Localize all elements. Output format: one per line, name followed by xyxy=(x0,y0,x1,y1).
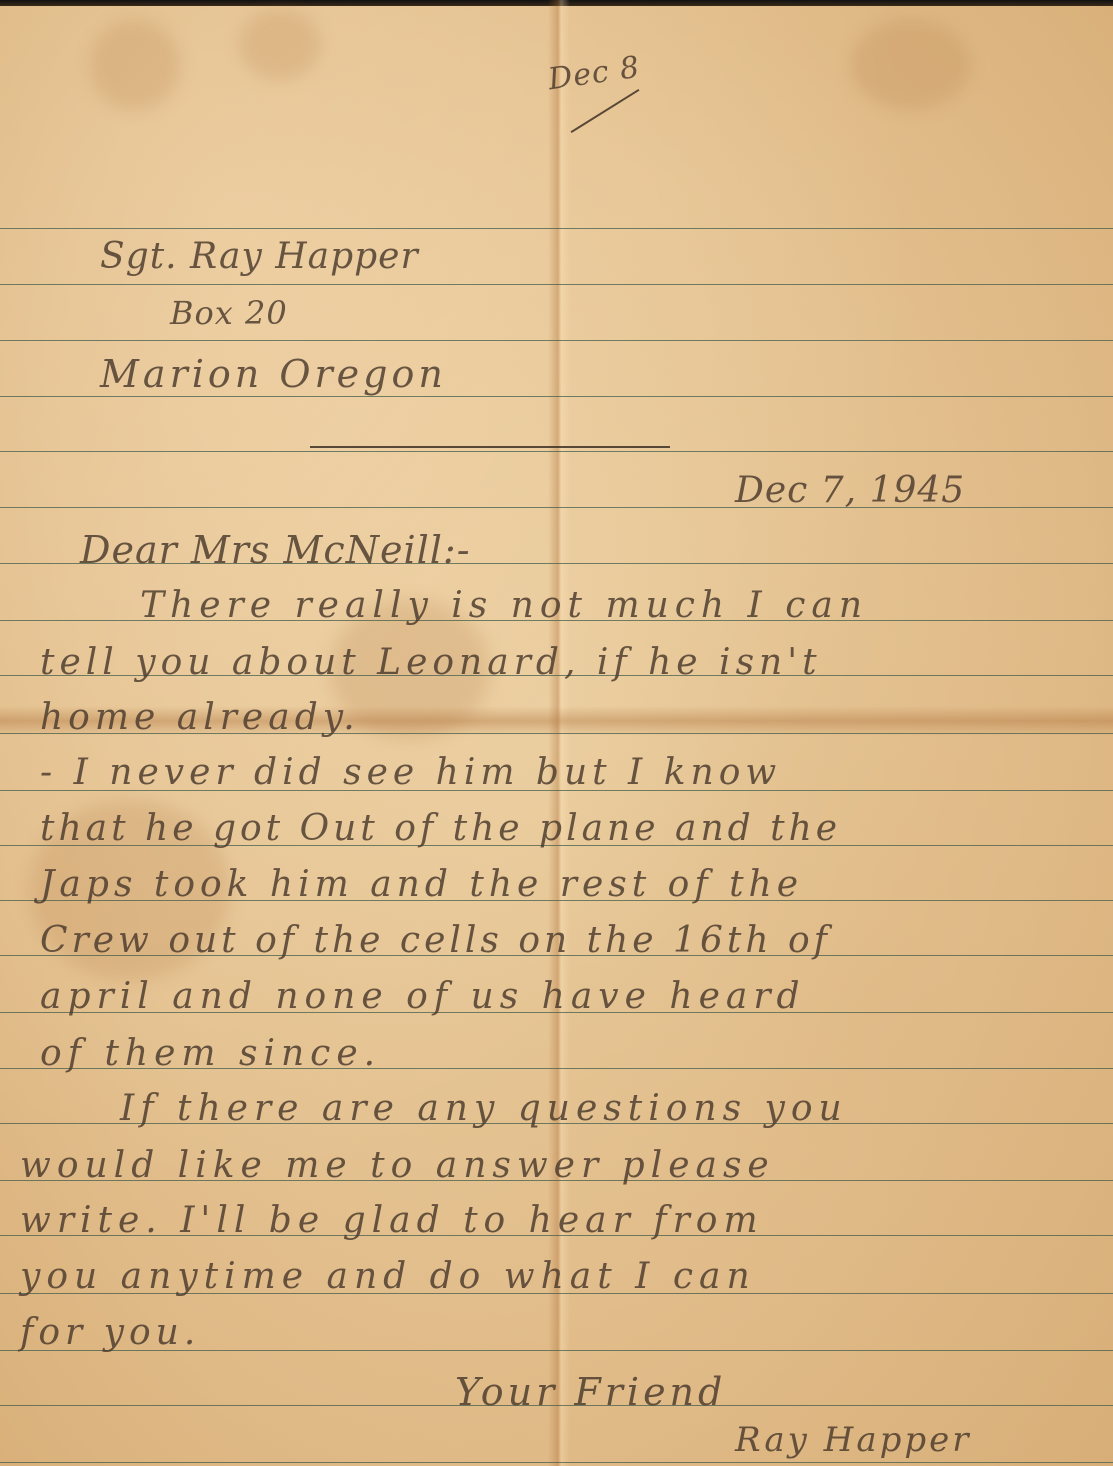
stain xyxy=(850,20,970,110)
return-address-city: Marion Oregon xyxy=(100,352,447,396)
body-line: april and none of us have heard xyxy=(40,976,806,1017)
ruled-line xyxy=(0,340,1113,341)
body-line: write. I'll be glad to hear from xyxy=(20,1200,764,1241)
letter-date: Dec 7, 1945 xyxy=(735,470,965,511)
ruled-line xyxy=(0,228,1113,229)
body-line: for you. xyxy=(20,1312,200,1353)
letter-page: Dec 8 Sgt. Ray Happer Box 20 Marion Oreg… xyxy=(0,0,1113,1466)
body-line: Japs took him and the rest of the xyxy=(40,864,803,905)
salutation: Dear Mrs McNeill:- xyxy=(80,528,471,572)
address-underline xyxy=(310,446,670,448)
ruled-line xyxy=(0,284,1113,285)
return-address-name: Sgt. Ray Happer xyxy=(100,236,419,277)
closing: Your Friend xyxy=(455,1370,726,1414)
top-note-underline xyxy=(571,89,640,133)
ruled-line xyxy=(0,451,1113,452)
body-line: There really is not much I can xyxy=(140,585,868,626)
body-line: tell you about Leonard, if he isn't xyxy=(40,642,822,683)
body-line: you anytime and do what I can xyxy=(20,1256,756,1297)
ruled-line xyxy=(0,1462,1113,1463)
body-line: - I never did see him but I know xyxy=(40,752,781,793)
return-address-box: Box 20 xyxy=(170,294,288,332)
body-line: If there are any questions you xyxy=(120,1088,848,1129)
stain xyxy=(90,20,180,110)
body-line: home already. xyxy=(40,697,360,738)
body-line: would like me to answer please xyxy=(20,1145,775,1186)
signature: Ray Happer xyxy=(735,1420,972,1460)
body-line: of them since. xyxy=(40,1033,381,1074)
body-line: that he got Out of the plane and the xyxy=(40,808,841,849)
stain xyxy=(240,10,320,80)
body-line: Crew out of the cells on the 16th of xyxy=(40,920,831,961)
ruled-line xyxy=(0,396,1113,397)
